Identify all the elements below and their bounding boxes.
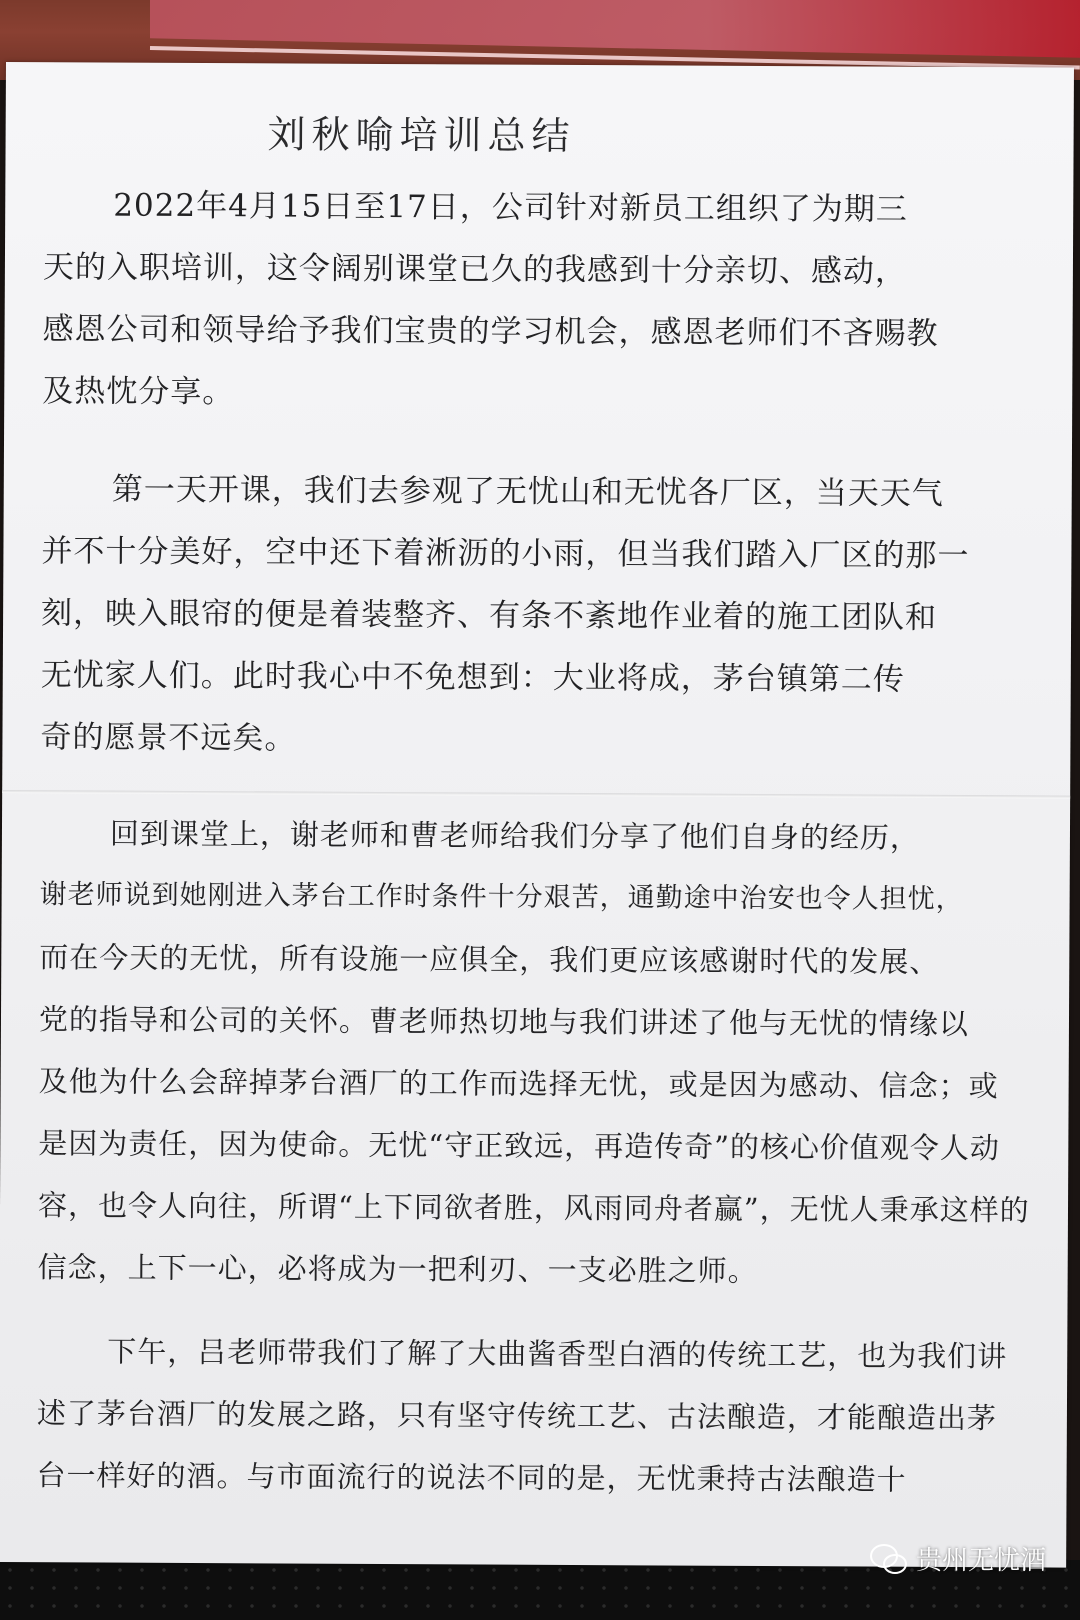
paragraph-intro: 2022年4月15日至17日，公司针对新员工组织了为期三 天的入职培训，这令阔别…: [42, 174, 1033, 427]
text-line: 天的入职培训，这令阔别课堂已久的我感到十分亲切、感动，: [43, 236, 1033, 303]
text-line: 及他为什么会辞掉茅台酒厂的工作而选择无忧，或是因为感动、信念；或: [39, 1050, 1029, 1117]
text-line: 下午，吕老师带我们了解了大曲酱香型白酒的传统工艺，也为我们讲: [37, 1320, 1027, 1387]
text-line: 及热忱分享。: [42, 360, 1032, 427]
watermark-text: 贵州无忧酒: [916, 1540, 1046, 1577]
text-line: 党的指导和公司的关怀。曹老师热切地与我们讲述了他与无忧的情缘以: [39, 988, 1029, 1055]
text-line: 而在今天的无忧，所有设施一应俱全，我们更应该感谢时代的发展、: [39, 926, 1029, 993]
handwritten-letter-sheet: 刘秋喻培训总结 2022年4月15日至17日，公司针对新员工组织了为期三 天的入…: [0, 62, 1074, 1568]
text-line: 并不十分美好，空中还下着淅沥的小雨，但当我们踏入厂区的那一: [41, 520, 1031, 587]
text-line: 感恩公司和领导给予我们宝贵的学习机会，感恩老师们不吝赐教: [42, 298, 1032, 365]
paragraph-afternoon-craft: 下午，吕老师带我们了解了大曲酱香型白酒的传统工艺，也为我们讲 述了茅台酒厂的发展…: [36, 1320, 1027, 1511]
paragraph-classroom-sharing: 回到课堂上，谢老师和曹老师给我们分享了他们自身的经历， 谢老师说到她刚进入茅台工…: [38, 802, 1031, 1303]
text-line: 是因为责任，因为使命。无忧“守正致远，再造传奇”的核心价值观令人动: [38, 1112, 1028, 1179]
text-line: 台一样好的酒。与市面流行的说法不同的是，无忧秉持古法酿造十: [36, 1444, 1026, 1511]
paper-fold-crease: [2, 790, 1070, 799]
text-line: 谢老师说到她刚进入茅台工作时条件十分艰苦，通勤途中治安也令人担忧，: [39, 864, 1029, 931]
paragraph-day-one-visit: 第一天开课，我们去参观了无忧山和无忧各厂区，当天天气 并不十分美好，空中还下着淅…: [40, 458, 1032, 773]
wechat-account-watermark: 贵州无忧酒: [870, 1540, 1046, 1577]
text-line: 信念，上下一心，必将成为一把利刃、一支必胜之师。: [38, 1236, 1028, 1303]
text-line: 2022年4月15日至17日，公司针对新员工组织了为期三: [43, 174, 1033, 241]
text-line: 无忧家人们。此时我心中不免想到：大业将成，茅台镇第二传: [41, 644, 1031, 711]
document-title: 刘秋喻培训总结: [267, 103, 575, 160]
text-line: 奇的愿景不远矣。: [40, 706, 1030, 773]
text-line: 刻，映入眼帘的便是着装整齐、有条不紊地作业着的施工团队和: [41, 582, 1031, 649]
text-line: 容，也令人向往，所谓“上下同欲者胜，风雨同舟者赢”，无忧人秉承这样的: [38, 1174, 1028, 1241]
text-line: 述了茅台酒厂的发展之路，只有坚守传统工艺、古法酿造，才能酿造出茅: [37, 1382, 1027, 1449]
text-line: 第一天开课，我们去参观了无忧山和无忧各厂区，当天天气: [42, 458, 1032, 525]
text-line: 回到课堂上，谢老师和曹老师给我们分享了他们自身的经历，: [40, 802, 1030, 869]
wechat-icon: [870, 1544, 908, 1574]
